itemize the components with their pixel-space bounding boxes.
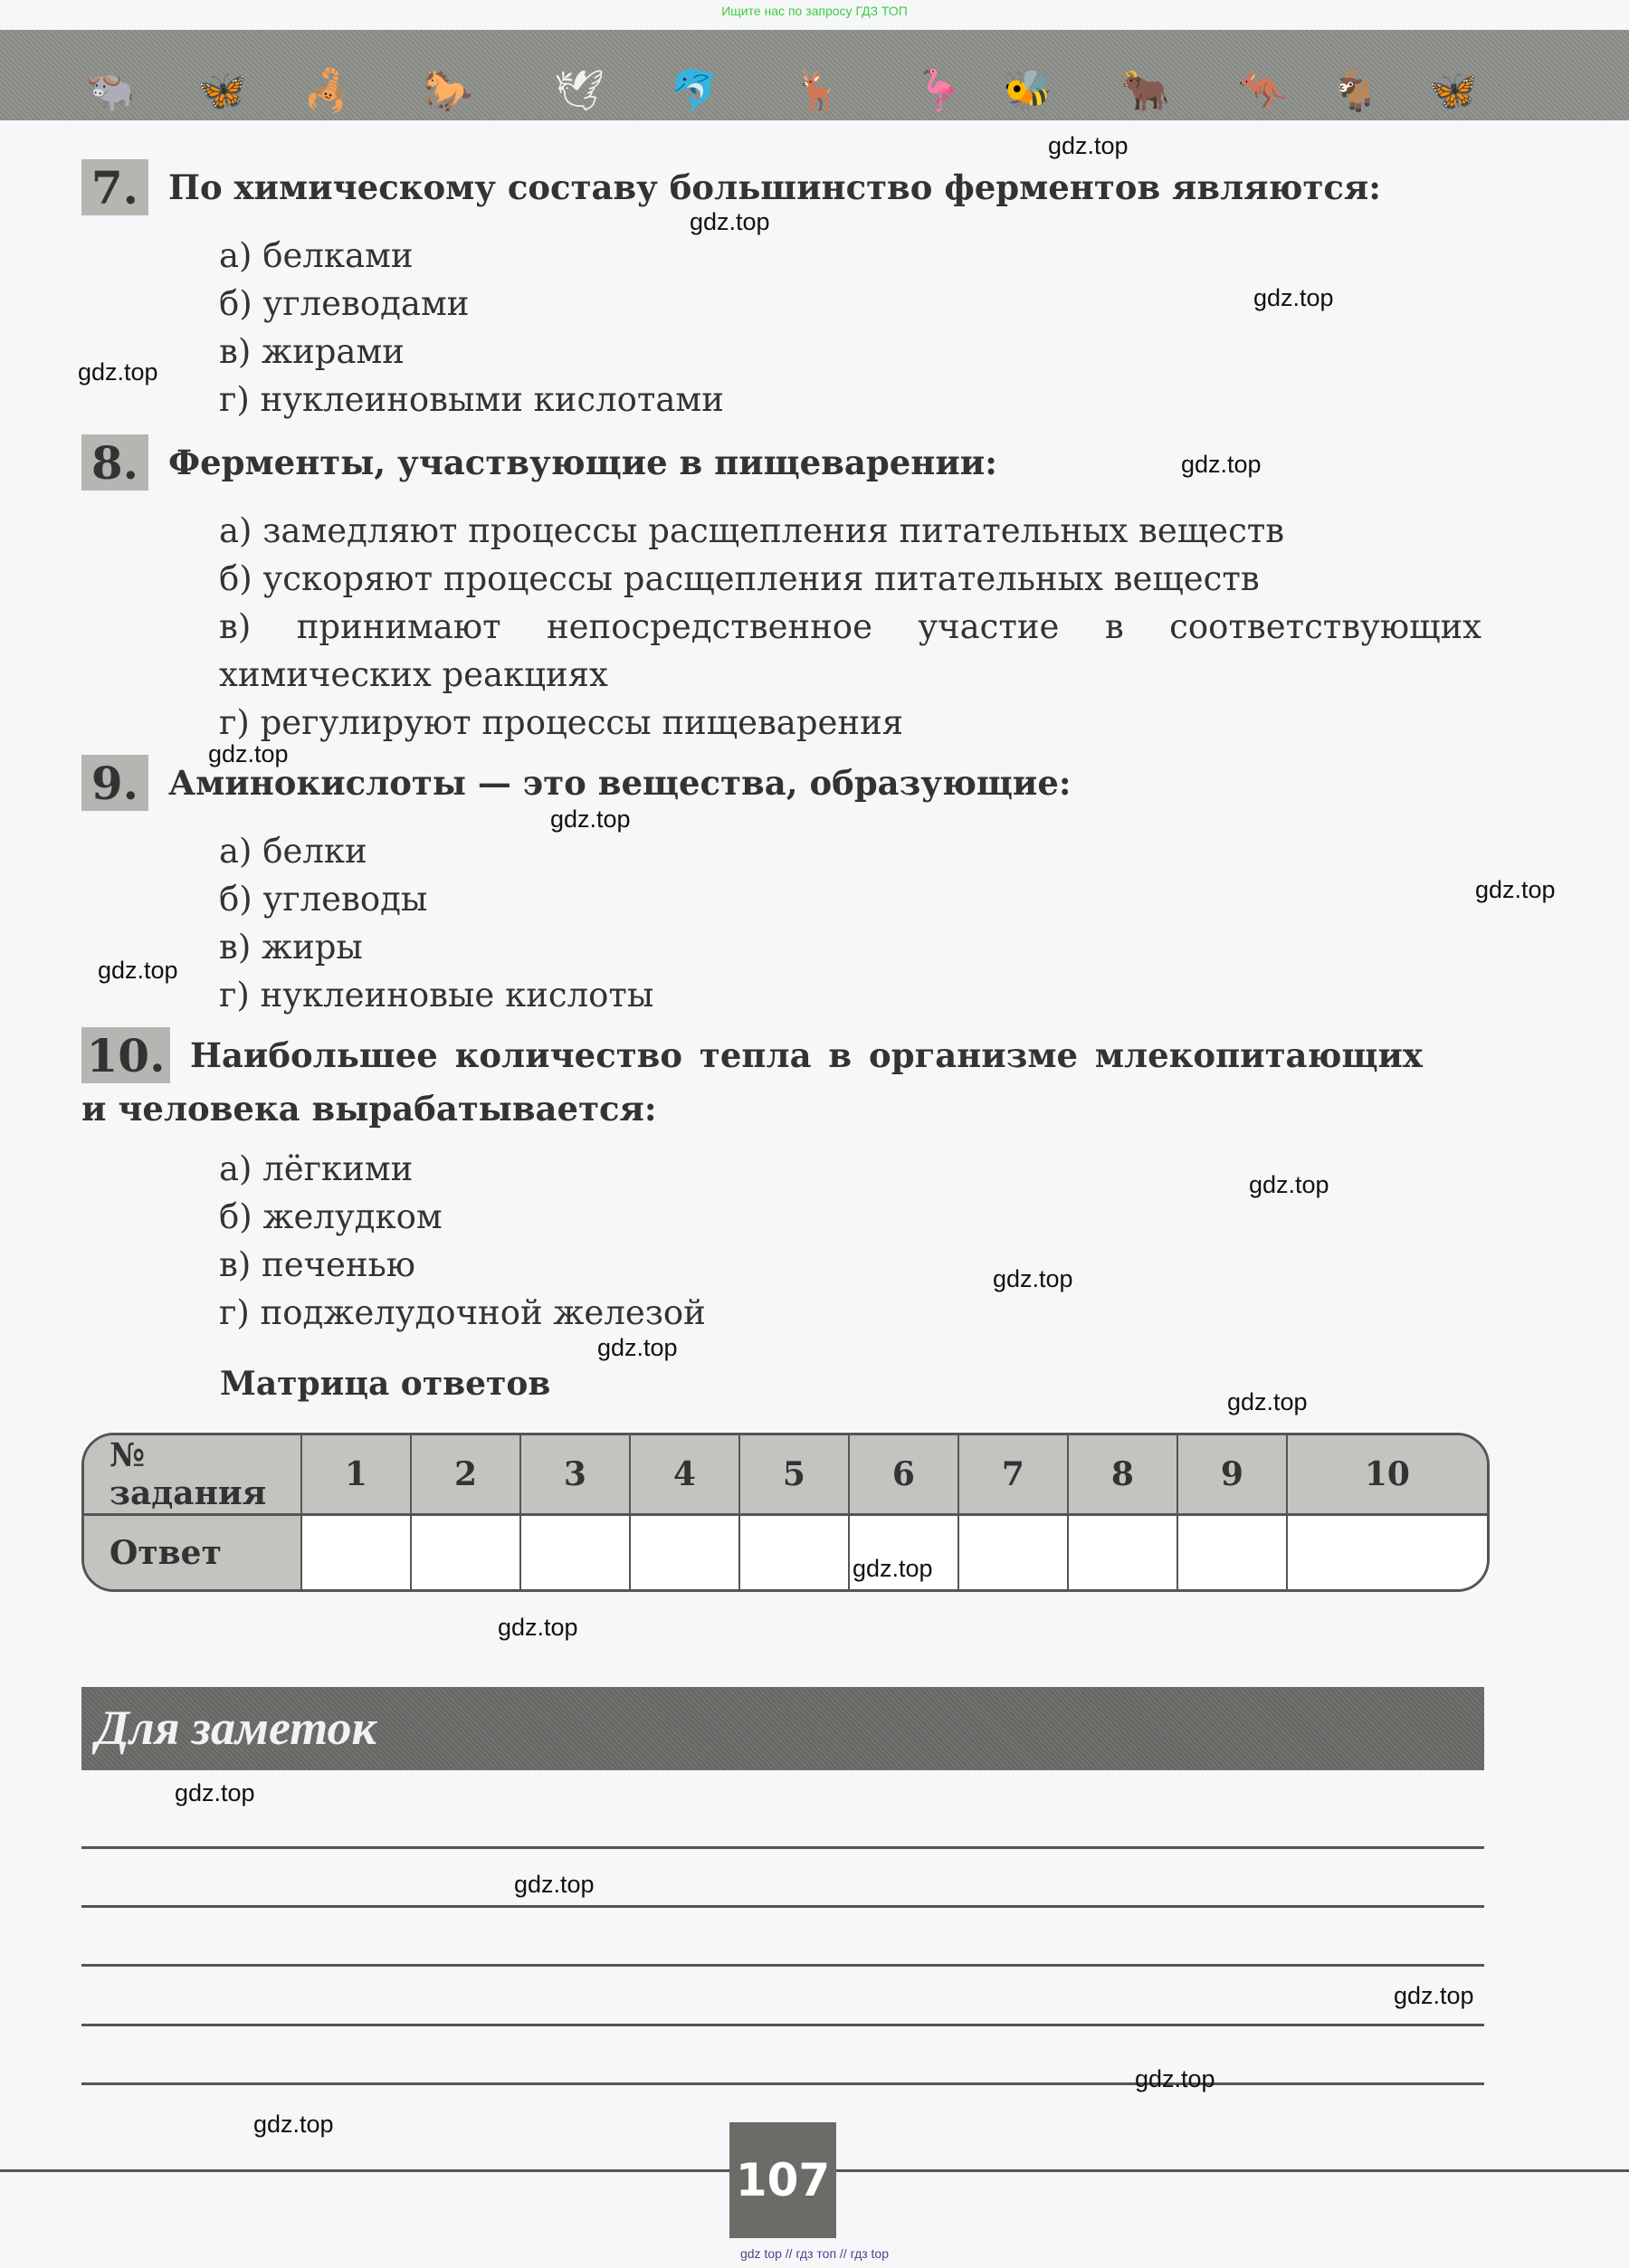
question-text: Наибольшее количество тепла в организме … bbox=[190, 1035, 1423, 1075]
answer-option[interactable]: г) поджелудочной железой bbox=[219, 1289, 1484, 1337]
answer-option[interactable]: г) нуклеиновые кислоты bbox=[219, 971, 1484, 1019]
answer-option[interactable]: г) регулируют процессы пищеварения bbox=[219, 699, 1484, 747]
workbook-page: 7. По химическому составу большинство фе… bbox=[0, 0, 1629, 2268]
answer-option[interactable]: б) углеводы bbox=[219, 875, 1484, 923]
note-line[interactable] bbox=[81, 1905, 1484, 1908]
answer-options: а) замедляют процессы расщепления питате… bbox=[219, 507, 1484, 747]
note-line[interactable] bbox=[81, 1964, 1484, 1967]
answer-matrix-title: Матрица ответов bbox=[220, 1365, 550, 1403]
watermark: gdz.top bbox=[853, 1555, 933, 1583]
matrix-col-header: 3 bbox=[520, 1435, 630, 1515]
answer-option[interactable]: в) жирами bbox=[219, 328, 1484, 376]
matrix-col-header: 1 bbox=[301, 1435, 411, 1515]
matrix-answer-cell[interactable] bbox=[411, 1515, 520, 1590]
notes-title: Для заметок bbox=[96, 1700, 376, 1756]
question-text: По химическому составу большинство ферме… bbox=[168, 167, 1381, 207]
question-text-continued: и человека вырабатывается: bbox=[81, 1089, 1484, 1129]
watermark: gdz.top bbox=[498, 1614, 578, 1642]
watermark: gdz.top bbox=[1135, 2065, 1215, 2093]
matrix-answer-header: Ответ bbox=[84, 1515, 301, 1590]
matrix-col-header: 7 bbox=[958, 1435, 1068, 1515]
answer-option[interactable]: б) ускоряют процессы расщепления питател… bbox=[219, 555, 1484, 603]
matrix-answer-cell[interactable] bbox=[1068, 1515, 1177, 1590]
watermark: gdz.top bbox=[690, 208, 770, 236]
watermark: gdz.top bbox=[253, 2111, 334, 2139]
watermark: gdz.top bbox=[1394, 1982, 1474, 2010]
answer-options: а) белки б) углеводы в) жиры г) нуклеино… bbox=[219, 827, 1484, 1019]
matrix-answer-cell[interactable] bbox=[1287, 1515, 1487, 1590]
matrix-task-header: № задания bbox=[84, 1435, 301, 1515]
matrix-answer-row: Ответ bbox=[84, 1515, 1487, 1590]
page-number-badge: 107 bbox=[729, 2122, 836, 2238]
matrix-answer-cell[interactable] bbox=[739, 1515, 849, 1590]
matrix-answer-cell[interactable] bbox=[301, 1515, 411, 1590]
matrix-col-header: 4 bbox=[630, 1435, 739, 1515]
watermark: gdz.top bbox=[1253, 284, 1334, 312]
watermark: gdz.top bbox=[78, 358, 158, 386]
watermark: gdz.top bbox=[550, 805, 631, 834]
answer-option[interactable]: в) жиры bbox=[219, 923, 1484, 971]
matrix-answer-cell[interactable] bbox=[520, 1515, 630, 1590]
matrix-task-row: № задания 1 2 3 4 5 6 7 8 9 10 bbox=[84, 1435, 1487, 1515]
answer-option[interactable]: а) белками bbox=[219, 232, 1484, 280]
answer-matrix: № задания 1 2 3 4 5 6 7 8 9 10 Ответ bbox=[81, 1433, 1490, 1592]
matrix-answer-cell[interactable] bbox=[958, 1515, 1068, 1590]
watermark: gdz.top bbox=[993, 1265, 1073, 1293]
answer-option[interactable]: в) принимают непосредственное участие в … bbox=[219, 603, 1481, 699]
footer-note: gdz top // гдз топ // гдз top bbox=[0, 2246, 1629, 2261]
answer-option[interactable]: а) замедляют процессы расщепления питате… bbox=[219, 507, 1484, 555]
note-line[interactable] bbox=[81, 2024, 1484, 2026]
note-line[interactable] bbox=[81, 1846, 1484, 1849]
question-number-badge: 9. bbox=[81, 755, 148, 811]
answer-options: а) белками б) углеводами в) жирами г) ну… bbox=[219, 232, 1484, 424]
watermark: gdz.top bbox=[208, 740, 289, 768]
matrix-answer-cell[interactable] bbox=[1177, 1515, 1287, 1590]
matrix-answer-cell[interactable] bbox=[630, 1515, 739, 1590]
answer-option[interactable]: в) печенью bbox=[219, 1241, 1484, 1289]
notes-header-bar: Для заметок bbox=[81, 1687, 1484, 1770]
watermark: gdz.top bbox=[175, 1779, 255, 1807]
watermark: gdz.top bbox=[1475, 876, 1556, 904]
matrix-col-header: 6 bbox=[849, 1435, 958, 1515]
watermark: gdz.top bbox=[1227, 1388, 1308, 1416]
matrix-col-header: 8 bbox=[1068, 1435, 1177, 1515]
question-number-badge: 10. bbox=[81, 1027, 170, 1083]
answer-option[interactable]: а) белки bbox=[219, 827, 1484, 875]
watermark: gdz.top bbox=[597, 1334, 678, 1362]
question-number-badge: 7. bbox=[81, 159, 148, 215]
matrix-col-header: 9 bbox=[1177, 1435, 1287, 1515]
watermark: gdz.top bbox=[1181, 451, 1262, 479]
answer-option[interactable]: г) нуклеиновыми кислотами bbox=[219, 376, 1484, 424]
question-text: Ферменты, участвующие в пищеварении: bbox=[168, 443, 997, 482]
watermark: gdz.top bbox=[1048, 132, 1129, 160]
matrix-col-header: 10 bbox=[1287, 1435, 1487, 1515]
question-8: 8. Ферменты, участвующие в пищеварении: … bbox=[81, 434, 1484, 747]
answer-option[interactable]: б) желудком bbox=[219, 1193, 1484, 1241]
note-line[interactable] bbox=[81, 2082, 1484, 2085]
page-number: 107 bbox=[736, 2154, 830, 2206]
question-text: Аминокислоты — это вещества, образующие: bbox=[168, 763, 1072, 803]
matrix-col-header: 2 bbox=[411, 1435, 520, 1515]
watermark: gdz.top bbox=[98, 957, 178, 985]
question-9: 9. Аминокислоты — это вещества, образующ… bbox=[81, 755, 1484, 1019]
watermark: gdz.top bbox=[1249, 1171, 1329, 1199]
question-number-badge: 8. bbox=[81, 434, 148, 491]
watermark: gdz.top bbox=[514, 1871, 595, 1899]
matrix-col-header: 5 bbox=[739, 1435, 849, 1515]
